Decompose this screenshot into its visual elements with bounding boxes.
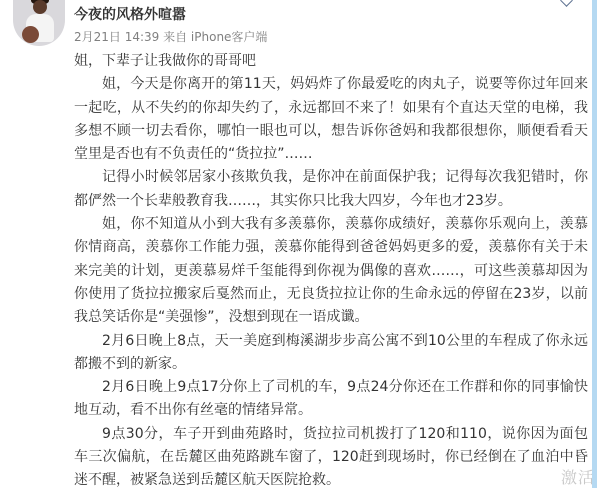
post-paragraph: 姐，你不知道从小到大我有多羡慕你，羡慕你成绩好，羡慕你乐观向上，羡慕你情商高，羡… [74,213,588,329]
avatar-head [33,0,47,14]
weibo-post: 今夜的风格外喧嚣 2月21日 14:39 来自 iPhone客户端 姐，下辈子让… [0,0,597,488]
username-link[interactable]: 今夜的风格外喧嚣 [74,4,186,24]
chevron-down-icon[interactable] [560,0,573,7]
post-paragraph: 姐，今天是你离开的第11天，妈妈炸了你最爱吃的肉丸子，说要等你过年回来一起吃，从… [74,73,588,166]
post-paragraph: 2月6日晚上8点，天一美庭到梅溪湖步步高公寓不到10公里的车程成了你永远都搬不到… [74,330,588,377]
scrollbar-strip[interactable] [592,0,597,488]
post-content: 姐，下辈子让我做你的哥哥吧 姐，今天是你离开的第11天，妈妈炸了你最爱吃的肉丸子… [74,50,588,488]
post-paragraph: 姐，下辈子让我做你的哥哥吧 [74,50,588,73]
post-paragraph: 2月6日晚上9点17分你上了司机的车，9点24分你还在工作群和你的同事愉快地互动… [74,376,588,423]
post-paragraph: 记得小时候邻居家小孩欺负我，是你冲在前面保护我；记得每次我犯错时，你都俨然一个长… [74,166,588,213]
post-meta: 2月21日 14:39 来自 iPhone客户端 [74,28,267,45]
activation-watermark: 激活 [561,465,595,488]
basketball-icon [22,26,39,43]
post-paragraph: 9点30分，车子开到曲苑路时，货拉拉司机拨打了120和110，说你因为面包车三次… [74,423,588,488]
avatar[interactable] [13,0,65,46]
